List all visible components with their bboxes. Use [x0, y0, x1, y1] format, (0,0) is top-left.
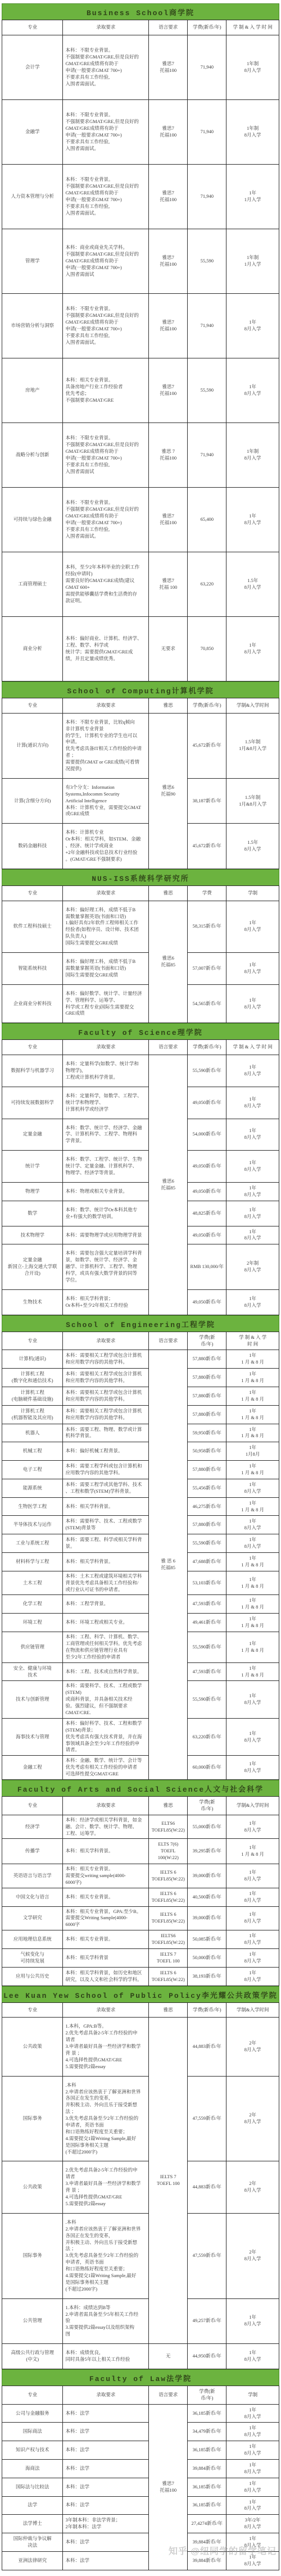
language-cell: ELTS 7(6) TOEFL 100(W:22) [149, 1839, 188, 1864]
column-header: 专业 [2, 1332, 63, 1350]
fee-cell: 63,220新币/年 [188, 1718, 226, 1755]
table-row: 计算机工程 (电脑硬件基础设施)本科：需要相关工程学或包含计算机 和应用数学内容… [2, 1387, 279, 1406]
duration-cell: 1年 8月入学 [226, 2441, 279, 2460]
table-row: 定量金融 新国立-上海交通大学联 合开设)本科：需要包含强大定量培训学科背 景，… [2, 1244, 279, 1289]
table-row: 公司与金融服务本科：法学雅思7 托福10036,185新币/年1年 8月入学 [2, 2404, 279, 2423]
duration-cell: 1年 8月入学 [226, 2551, 279, 2570]
duration-cell: 1年 8月入学 [226, 1864, 279, 1888]
duration-cell: 1年 1月8月 [226, 1442, 279, 1461]
table-row: 企业商业分析科技本科：偏好数学、统计学、计量经济 学、管理科学、运筹学、 科学或… [2, 984, 279, 1023]
major-cell: 中国文化与语言 [2, 1888, 63, 1906]
column-header: 雅思 [149, 698, 188, 713]
language-cell: 雅思7 托福 100 [149, 552, 188, 616]
requirements-cell: 本科：相关学科背景 [63, 1949, 149, 1968]
section-title: School of Computing计算机学院 [2, 682, 279, 698]
school-section: Faculty of Arts and Social Science人文与社会科… [2, 1780, 279, 1986]
requirements-cell: 本科：需要包含强大定量培训学科背 景，如数学、统计学、经济学、金 融学、计算机科… [63, 1244, 149, 1289]
table-row: 知识产权与技术本科：法学36,185新币/年1年 8月入学 [2, 2441, 279, 2460]
table-row: 机器人本科：需要工程、物理、数学或计算 机科学背景。59,950新币/年1年 1… [2, 1424, 279, 1442]
fee-cell: 47,688新币/年 [188, 1553, 226, 1571]
major-cell: 气候变化与 可持续发展 [2, 1949, 63, 1968]
column-header: 语言要求 [149, 1040, 188, 1055]
fee-cell: 27,4274新币/年 [188, 2515, 226, 2533]
requirements-cell: 本科：需要相关工程学或包含计算机 和应用数学内容的其他学科。 [63, 1387, 149, 1406]
table-row: 环境工程本科：环境工程或相关专业。49,461新币/年1年 1 月 & 8 月 [2, 1614, 279, 1632]
requirements-cell: 本科：法学 [63, 2404, 149, 2423]
requirements-cell: 本科：法学 [63, 2496, 149, 2515]
requirements-cell: 本科：不限专业背景。 不强制要求GMAT/GRE,但是良好的 GMAT/GRE成… [63, 35, 149, 99]
major-cell: 技术物理学 [2, 1226, 63, 1244]
table-row: 房地产本科：相关专业背景。 具备房地产行业工作经验者 优先考虑； 不强制要求GM… [2, 358, 279, 422]
duration-cell: 1年 8月入学 [226, 1534, 279, 1553]
table-body: 公共政策1.本科，GPA:B等。 2.优先考虑具备2-5年工作经验的申 请者 3… [2, 2018, 279, 2369]
duration-cell: 1年 1 月 & 8 月 [226, 1839, 279, 1864]
table-head: 专业录取要求语言要求学费(新 币/年)学制 [2, 2386, 279, 2404]
column-header: 录取要求 [63, 1332, 149, 1350]
duration-cell: 1年 8月入学 [226, 1516, 279, 1534]
major-cell: 英语语言与语言学 [2, 1864, 63, 1888]
duration-cell: 1年 8月入学 [226, 616, 279, 681]
major-cell: 定量金融 新国立-上海交通大学联 合开设) [2, 1244, 63, 1289]
fee-cell: 55,590新币/年 [188, 1055, 226, 1087]
header-row: 专业录取要求语言要求学费(新币/年)学 制 & 入 学 时 间 [2, 20, 279, 35]
duration-cell: 1年制 8月入学 [226, 35, 279, 99]
section-title: Faculty of Arts and Social Science人文与社会科… [2, 1780, 279, 1796]
column-header: 学费(新币/年) [188, 1040, 226, 1055]
column-header: 学 制 & 入 学 时 间 [226, 1332, 279, 1350]
language-cell: IELTS 6 TOEFL85(W:22) [149, 1906, 188, 1930]
table-body: 会计学本科：不限专业背景。 不强制要求GMAT/GRE,但是良好的 GMAT/G… [2, 35, 279, 681]
major-cell: 公共政策 [2, 2018, 63, 2076]
major-cell: 智能系统科技 [2, 953, 63, 985]
document-page: Business School商学院专业录取要求语言要求学费(新币/年)学 制 … [0, 0, 281, 2576]
requirements-cell: 本科：需要科学、技术、工程或数学 (STEM) 或商科背景，并具备相关技术经 验… [63, 1681, 149, 1718]
requirements-cell: 本科：偏好商业、计算机、经济学、 工程、数学、科学或 统计学；需要提供GMAT/… [63, 616, 149, 681]
column-header: 学费(新 币/年) [188, 1796, 226, 1815]
column-header: 专业 [2, 1796, 63, 1815]
column-header: 录取要求 [63, 2002, 149, 2018]
requirements-cell: 本科：不限专业背景。 不强制要求GMAT/GRE,但是良好的 GMAT/GRE成… [63, 422, 149, 487]
table-row: 材料科学与工程本科：相关学科背景。47,688新币/年1年 1 月 & 8 月 [2, 1553, 279, 1571]
column-header: 语言要求 [149, 20, 188, 35]
language-cell: 无要求 [149, 616, 188, 681]
requirements-cell: 本科：相关学科背景。 [63, 1497, 149, 1516]
fee-cell: 70,850 [188, 616, 226, 681]
requirements-cell: 本科：需要工程学或其他学科、技术 、工程和数学(STEM)学科背景。 [63, 1479, 149, 1497]
major-cell: 亚洲法律研究 [2, 2551, 63, 2570]
fee-cell: 54,565新币/年 [188, 984, 226, 1023]
column-header: 专业 [2, 20, 63, 35]
fee-cell: 47,559新币/年 [188, 2076, 226, 2161]
duration-cell: 1年 1 月 & 8 月 [226, 1369, 279, 1387]
requirements-cell: 2.优先考虑具备2-5年工作经验的申 请者 3.申请者最好具备一些经济学和数学 … [63, 2161, 149, 2213]
major-cell: 文学研究 [2, 1906, 63, 1930]
language-cell: IELTS 7 TOEFL 100 [149, 2018, 188, 2344]
duration-cell: 1年 8月入学 [226, 1182, 279, 1201]
table-row: 物理学本科：物理或相关专业背景。49,050新币/年1年 8月入学 [2, 1182, 279, 1201]
major-cell: 可持续与绿色金融 [2, 487, 63, 552]
duration-cell: 1年 1月入学 [226, 164, 279, 229]
table-row: 可持续与绿色金融本科：不限专业背景。 不强制要求GMAT/GRE,但是良好的 G… [2, 487, 279, 552]
requirements-cell: 本科：偏好科学、技术、工程和数学 (STEM)背景； 优先考虑具有强大技术背景，… [63, 1718, 149, 1755]
requirements-cell: 本科：偏好理工科，成绩不低于B 需数量掌握英语(书面和口语) 1.偏好具有2年软… [63, 901, 149, 952]
table-row: 计算机工程 (数字化和通信技术)本科：需要相关工程学或包含计算机 和应用数学内容… [2, 1369, 279, 1387]
requirements-cell: 本科：相关专业背景。 [63, 1930, 149, 1949]
fee-cell: 71,940 [188, 99, 226, 164]
column-header: 学制 [226, 885, 279, 901]
column-header: 录取要求 [63, 1040, 149, 1055]
duration-cell: 1.5年制 1月&8月入学 [226, 778, 279, 823]
table-row: 管理学本科：商业或商业先关学科。 不强制要求GMAT/GRE,但是良好的 GMA… [2, 229, 279, 293]
column-header: 语言要求 [149, 2386, 188, 2404]
major-cell: 机械工程 [2, 1442, 63, 1461]
table-head: 专业录取要求雅思学费(新币/年)学制&入学时间 [2, 2002, 279, 2018]
duration-cell: 1年 8月入学 [226, 1289, 279, 1315]
duration-cell: 1年 1 月 & 8 月 [226, 1387, 279, 1406]
requirements-cell: 本科：法学 [63, 2551, 149, 2570]
table-row: 数据科学与机器学习本科：定量科学(如数学、统计学和 物理学)， 工程或计算机科学… [2, 1055, 279, 1087]
major-cell: 数学 [2, 1201, 63, 1226]
table-row: 金融学本科：不限专业背景。 不强制要求GMAT/GRE,但是良好的 GMAT/G… [2, 99, 279, 164]
fee-cell: 55,456新币/年 [188, 1479, 226, 1497]
requirements-cell: 本科：物理或相关专业背景。 [63, 1182, 149, 1201]
table-row: 数学本科：数学、统计学Or本科其他专 业+有强大的数学培训。48,825新币/年… [2, 1201, 279, 1226]
table-row: 软件工程科技硕士本科：偏好理工科，成绩不低于B 需数量掌握英语(书面和口语) 1… [2, 901, 279, 952]
fee-cell: 63,220 [188, 552, 226, 616]
duration-cell: 1年 8月入学 [226, 1906, 279, 1930]
language-cell: IELTS 6 TOEFL85(W:22) [149, 1888, 188, 1906]
requirements-cell: 本科：数学、统计学Or本科其他专 业+有强大的数学培训。 [63, 1201, 149, 1226]
requirements-cell: 本科：数学、统计学、经济学、金融 学、计算机科学、工程学、物理科 学背景。 [63, 1119, 149, 1151]
requirements-cell: 本科：偏好理工科，成绩不低于B 需数量掌握英语(书面和口语) 国际生需要提交GR… [63, 953, 149, 985]
table-row: 半导体技术与运作本科：需要科学、技术、工程或数学 (STEM)背景等57,880… [2, 1516, 279, 1534]
fee-cell: 49,050新币/年 [188, 1226, 226, 1244]
requirements-cell: 本科：数学、工程学、统计学、生物 统计学、定量金融、计算机科学、 物理学、经济学… [63, 1151, 149, 1183]
requirements-cell: .本科 2.申请者应该热衷于了解亚洲和世界 各国正在发生的变革， 并积极主动、外… [63, 2213, 149, 2298]
duration-cell: 1年 1 月 & 8 月 [226, 1571, 279, 1595]
table-row: 商业分析本科：偏好商业、计算机、经济学、 工程、数学、科学或 统计学；需要提供G… [2, 616, 279, 681]
duration-cell: 1年 8月入学 [226, 953, 279, 985]
table-row: 计算机工程 (机器智能及其应用)本科：需要相关工程学或包含计算机 和应用数学内容… [2, 1405, 279, 1424]
major-cell: 供应链管理 [2, 1632, 63, 1663]
fee-cell: 53,103新币/年 [188, 1571, 226, 1595]
column-header: 录取要求 [63, 20, 149, 35]
duration-cell: 1年 8月入学 [226, 1888, 279, 1906]
column-header: 学费(新 币/年) [188, 1332, 226, 1350]
column-header: 专业 [2, 1040, 63, 1055]
fee-cell: 50,958新币/年 [188, 1442, 226, 1461]
column-header: 学费(新币/年) [188, 698, 226, 713]
program-table: 专业录取要求语言要求学费(新币/年)学 制 & 入 学 时 间数据科学与机器学习… [2, 1039, 279, 1315]
fee-cell: 36,185新币/年 [188, 2478, 226, 2496]
table-row: 国际事务.本科 2.申请者应该热衷于了解亚洲和世界 各国正在发生的变革， 并积极… [2, 2213, 279, 2298]
table-row: 公共政策2.优先考虑具备2-5年工作经验的申 请者 3.申请者最好具备一些经济学… [2, 2161, 279, 2213]
language-cell: IELTS 6 TOEFL85(W:22) [149, 1967, 188, 1986]
major-cell: 国际事务 [2, 2076, 63, 2161]
major-cell: 战略分析与创新 [2, 422, 63, 487]
school-section: School of Engineering工程学院专业录取要求语言要求学费(新 … [2, 1315, 279, 1780]
language-cell: 雅思7 托福100 [149, 229, 188, 293]
duration-cell: 1年 8月入学 [226, 901, 279, 952]
header-row: 专业录取要求雅思学费学制 [2, 885, 279, 901]
requirements-cell: 本科：工程、技术或自然科学背景。 [63, 1662, 149, 1681]
table-row: 统计学本科：数学、工程学、统计学、生物 统计学、定量金融、计算机科学、 物理学、… [2, 1151, 279, 1183]
requirements-cell: 本科：法学 [63, 2478, 149, 2496]
duration-cell: 1年 8月入学 [226, 2496, 279, 2515]
column-header: 学费(新币/年) [188, 2002, 226, 2018]
fee-cell: 44,950新币/年 [188, 2344, 226, 2369]
major-cell: 应用与公共历史 [2, 1967, 63, 1986]
requirements-cell: 本科：法学 [63, 2533, 149, 2552]
table-row: 应用与公共历史本科：相关学科背景，如历史和地区 研究，以及人文和社会科学的学科。… [2, 1967, 279, 1986]
fee-cell: 49,050新币/年 [188, 1182, 226, 1201]
fee-cell: 54,000新币/年 [188, 1119, 226, 1151]
major-cell: 企业商业分析科技 [2, 984, 63, 1023]
duration-cell: 3年/2年 8月入学 [226, 2515, 279, 2533]
program-table: 专业录取要求雅思学费(新币/年)学制&入学时间计算(通识方向)本科：不限专业背景… [2, 698, 279, 869]
duration-cell: 1年 8月入学 [226, 1201, 279, 1226]
major-cell: 环境工程 [2, 1614, 63, 1632]
header-row: 专业录取要求雅思学费(新 币/年)学制&入学时间 [2, 1796, 279, 1815]
requirements-cell: 本科：金融、数学、统计学、会计等 优先考虑有相关工作经验的申请者 可选择性提交G… [63, 1756, 149, 1780]
fee-cell: 44,883新币/年 [188, 2018, 226, 2076]
table-row: 国际事务.本科 2.申请者应该热衷于了解亚洲和世界 各国正在发生的变革， 并积极… [2, 2076, 279, 2161]
requirements-cell: 本科：相关专业背景。 需要提交writing sample(4000- 6000… [63, 1864, 149, 1888]
major-cell: 计算机工程 (机器智能及其应用) [2, 1405, 63, 1424]
major-cell: 法学 [2, 2496, 63, 2515]
table-row: 中国文化与语言本科：相关专业背景。IELTS 6 TOEFL85(W:22)40… [2, 1888, 279, 1906]
requirements-cell: 本科：需要物理学或应用物理学背景 [63, 1226, 149, 1244]
table-row: 文学研究本科：相关专业背景，GPA:至少B。 需要提交Writing Sampl… [2, 1906, 279, 1930]
table-row: 智能系统科技本科：偏好理工科，成绩不低于B 需数量掌握英语(书面和口语) 国际生… [2, 953, 279, 985]
requirements-cell: 本科：相关专业背景。 具备房地产行业工作经验者 优先考虑； 不强制要求GMAT/… [63, 358, 149, 422]
language-cell: 雅思6 托福85 [149, 1055, 188, 1315]
fee-cell: 57,880新币/年 [188, 1516, 226, 1534]
program-table: 专业录取要求雅思学费学制软件工程科技硕士本科：偏好理工科，成绩不低于B 需数量掌… [2, 885, 279, 1023]
fee-cell: 45,672新币/年 [188, 824, 226, 869]
major-cell: 国际法与比较法 [2, 2478, 63, 2496]
fee-cell: 49,257新币/年 [188, 2298, 226, 2343]
duration-cell: 1年 8月入学 [226, 1119, 279, 1151]
requirements-cell: 本科：偏好机械工程背景。 [63, 1442, 149, 1461]
fee-cell: 47,593新币/年 [188, 1662, 226, 1681]
fee-cell: 38,187新币/年 [188, 778, 226, 823]
school-section: Faculty of Science理学院专业录取要求语言要求学费(新币/年)学… [2, 1023, 279, 1315]
table-row: 英语语言与语言学本科：相关专业背景。 需要提交writing sample(40… [2, 1864, 279, 1888]
section-title: Lee Kuan Yew School of Public Policy李光耀公… [2, 1986, 279, 2002]
column-header: 雅思 [149, 885, 188, 901]
fee-cell: 60,000新币/年 [188, 1756, 226, 1780]
fee-cell: 39,000新币/年 [188, 1864, 226, 1888]
duration-cell: 1年 8月入学 [226, 1087, 279, 1119]
fee-cell: 71,940 [188, 35, 226, 99]
fee-cell: 44,883新币/年 [188, 2161, 226, 2213]
duration-cell: 1年 8月入学 [226, 2478, 279, 2496]
column-header: 录取要求 [63, 885, 149, 901]
table-row: 化学工程本科：工程学背景。47,593新币/年1年 1 月 & 8 月 [2, 1595, 279, 1614]
requirements-cell: 本科：相关专业背景，GPA:至少B。 需要提交Writing Sample(40… [63, 1906, 149, 1930]
duration-cell: 1.5年 8月入学 [226, 824, 279, 869]
major-cell: 经济学 [2, 1815, 63, 1839]
duration-cell: 1年 1 月 & 8 月 [226, 1405, 279, 1424]
table-row: 气候变化与 可持续发展本科：相关学科背景IELTS 7 TOEFL 10050,… [2, 1949, 279, 1968]
column-header: 录取要求 [63, 1796, 149, 1815]
table-row: 亚洲法律研究本科：法学39,884新币/年1年 8月入学 [2, 2551, 279, 2570]
fee-cell: 55,590 [188, 358, 226, 422]
section-title: Business School商学院 [2, 3, 279, 20]
table-row: 能源系统本科：需要工程学或其他学科、技术 、工程和数学(STEM)学科背景。55… [2, 1479, 279, 1497]
duration-cell: 1年 8月入学 [226, 1151, 279, 1183]
major-cell: 计算机(通识) [2, 1350, 63, 1369]
table-row: 生物医学工程本科：相关学科背景。46,275新币/年1年 1 月 & 8 月 [2, 1497, 279, 1516]
fee-cell: 39,884新币/年 [188, 2459, 226, 2478]
table-body: 计算(通识方向)本科：不限专业背景，比较q倾向 非计算机专业背景 的学生，计算机… [2, 713, 279, 869]
fee-cell: 47,559新币/年 [188, 2213, 226, 2298]
duration-cell: 1年 8月入学 [226, 2404, 279, 2423]
fee-cell: 40,500新币/年 [188, 1888, 226, 1906]
table-row: 公共管理1.本科：成绩达到B等 2.申请者需具备至少5年相关工作经 验 3.需要… [2, 2298, 279, 2343]
major-cell: 国际事务 [2, 2213, 63, 2298]
school-section: Business School商学院专业录取要求语言要求学费(新币/年)学 制 … [2, 3, 279, 682]
duration-cell: 1年 1 月 & 8 月 [226, 1350, 279, 1369]
column-header: 专业 [2, 2386, 63, 2404]
requirements-cell: 本科：需要相关工程学或包含计算机 和应用数学内容的其他学科。 [63, 1350, 149, 1369]
fee-cell: 50,085新币/年 [188, 1930, 226, 1949]
language-cell: 无 [149, 2344, 188, 2369]
language-cell: IELTS 6 TOEFL85(W:22) [149, 1864, 188, 1888]
table-row: 战略分析与创新本科：不限专业背景。 不强制要求GMAT/GRE,但是良好的 GM… [2, 422, 279, 487]
column-header: 专业 [2, 698, 63, 713]
duration-cell: 1年 8月入学 [226, 1226, 279, 1244]
fee-cell: 57,880新币/年 [188, 1369, 226, 1387]
requirements-cell: 本科，至少2年本科毕业的全职工作 经验(申请时) 需要良好的GMAT/GRE成绩… [63, 552, 149, 616]
school-section: NUS-ISS系统科学研究所专业录取要求雅思学费学制软件工程科技硕士本科：偏好理… [2, 869, 279, 1023]
language-cell: 雅思7 托福100 [149, 487, 188, 552]
duration-cell: 1年 8月入学 [226, 358, 279, 422]
duration-cell: 1年 1 月 & 8 月 [226, 1614, 279, 1632]
table-row: 公共政策1.本科，GPA:B等。 2.优先考虑具备2-5年工作经验的申 请者 3… [2, 2018, 279, 2076]
column-header: 语言要求 [149, 1332, 188, 1350]
column-header: 学费(新 币/年) [188, 2386, 226, 2404]
requirements-cell: 本科：偏好数学、统计学、计量经济 学、管理科学、运筹学、 科学或工程专业)国际生… [63, 984, 149, 1023]
major-cell: 生物医学工程 [2, 1497, 63, 1516]
fee-cell: 39,000新币/年 [188, 1906, 226, 1930]
requirements-cell: 本科：相关学科背景。 [63, 1839, 149, 1864]
table-row: 计算(含细分方向)有3个分支：Information Systems,Infoc… [2, 778, 279, 823]
table-body: 数据科学与机器学习本科：定量科学(如数学、统计学和 物理学)， 工程或计算机科学… [2, 1055, 279, 1315]
school-section: Lee Kuan Yew School of Public Policy李光耀公… [2, 1986, 279, 2369]
duration-cell: 1年 8月入学 [226, 1815, 279, 1839]
table-head: 专业录取要求语言要求学费(新币/年)学 制 & 入 学 时 间 [2, 1040, 279, 1055]
table-row: 海事技术与管理本科：偏好科学、技术、工程和数学 (STEM)背景； 优先考虑具有… [2, 1718, 279, 1755]
table-row: 国际商法本科：法学34,479新币/年1年 8月入学 [2, 2423, 279, 2441]
requirements-cell: 本科：相关专业背景。 [63, 1888, 149, 1906]
column-header: 学费(新币/年) [188, 20, 226, 35]
requirements-cell: 本科：需要工程、物理、数学或计算 机科学背景。 [63, 1424, 149, 1442]
table-row: 安全、健康与环境 技术本科：工程、技术或自然科学背景。47,593新币/年1年 … [2, 1662, 279, 1681]
duration-cell: 1年 8月入学 [226, 2459, 279, 2478]
duration-cell: 1.5年 8月入学 [226, 552, 279, 616]
major-cell: 人力资本管理与分析 [2, 164, 63, 229]
duration-cell: 1年 8月入学 [226, 1756, 279, 1780]
requirements-cell: 本科：相关学科背景，如历史和地区 研究，以及人文和社会科学的学科。 [63, 1967, 149, 1986]
requirements-cell: 本科：定量科学(如数学、统计学和 物理学)， 工程或计算机科学背景。 [63, 1055, 149, 1087]
column-header: 学 制 & 入 学 时 间 [226, 1040, 279, 1055]
fee-cell: 39,295新币/年 [188, 1839, 226, 1864]
major-cell: 工业与系统工程 [2, 1534, 63, 1553]
requirements-cell: 1.本科，GPA:B等。 2.优先考虑具备2-5年工作经验的申 请者 3.申请者… [63, 2018, 149, 2076]
header-row: 专业录取要求雅思学费(新币/年)学制&入学时间 [2, 2002, 279, 2018]
duration-cell: 1年 8月入学 [226, 1967, 279, 1986]
fee-cell: 48,825新币/年 [188, 1201, 226, 1226]
duration-cell: 1年制 8月入学 [226, 422, 279, 487]
major-cell: 法学博士 [2, 2515, 63, 2533]
major-cell: 安全、健康与环境 技术 [2, 1662, 63, 1681]
duration-cell: 1年 1 月 & 8 月 [226, 1632, 279, 1663]
language-cell: 雅思7 托福100 [149, 164, 188, 229]
table-row: 高级公共行政与管理 (中文)本科：成绩优良， 同时具备5年以上相关工作经验无44… [2, 2344, 279, 2369]
fee-cell: 57,880新币/年 [188, 1387, 226, 1406]
requirements-cell: 本科：需要相关工程学或包含计算机 和应用数学内容的其他学科。 [63, 1369, 149, 1387]
duration-cell: 2年 8月入学 [226, 2018, 279, 2076]
major-cell: 数码金融科技 [2, 824, 63, 869]
column-header: 专业 [2, 885, 63, 901]
fee-cell: 57,880新币/年 [188, 1405, 226, 1424]
column-header: 学制 [226, 2386, 279, 2404]
requirements-cell: 本科：需要工程学科或包含计算机和 应用数学内容的其他学科。 [63, 1461, 149, 1479]
requirements-cell: 本科：不限专业背景。 不强制要求GMAT/GRE,但是良好的 GMAT/GRE成… [63, 99, 149, 164]
fee-cell: 49,050新币/年 [188, 1087, 226, 1119]
major-cell: 会计学 [2, 35, 63, 99]
major-cell: 高级公共行政与管理 (中文) [2, 2344, 63, 2369]
requirements-cell: 本科：不限专业背景。 不强制要求GMAT/GRE,但是良好的 GMAT/GRE成… [63, 293, 149, 358]
language-cell: 雅 思 6 托福85 [149, 1350, 188, 1780]
fee-cell: 39,884新币/年 [188, 2533, 226, 2552]
section-title: NUS-ISS系统科学研究所 [2, 869, 279, 885]
column-header: 学制&入学时间 [226, 698, 279, 713]
requirements-cell: .本科 2.申请者应该热衷于了解亚洲和世界 各国正在发生的变革， 并积极主动、外… [63, 2076, 149, 2161]
language-cell: ELTS6 TOEFL85(W:22) [149, 1815, 188, 1839]
major-cell: 海商法 [2, 2459, 63, 2478]
fee-cell: 65,400 [188, 487, 226, 552]
fee-cell: 71,940 [188, 293, 226, 358]
table-body: 经济学本科：经济学或相关学科背景，如金 融、会计、数学、统计学、物理、 工程、运… [2, 1815, 279, 1986]
duration-cell: 1年制 1月入学 [226, 229, 279, 293]
requirements-cell: 本科：商业或商业先关学科。 不强制要求GMAT/GRE,但是良好的 GMAT/G… [63, 229, 149, 293]
duration-cell: 1年 8月入学 [226, 2298, 279, 2343]
major-cell: 化学工程 [2, 1595, 63, 1614]
requirements-cell: 本科：土木工程或建筑环境相关学科 背景优先考虑具备相关工作经验和/ 或行业认可证… [63, 1571, 149, 1595]
column-header: 学制&入学时间 [226, 1796, 279, 1815]
language-cell: 雅思7 托福100 [149, 2404, 188, 2570]
table-row: 法学博士3年制本科：非法学背景； 2年制本科：法学27,4274新币/年3年/2… [2, 2515, 279, 2533]
table-row: 生物技术本科：相关学科背景； Or本科+至少2年相关工作经验49,050新币/年… [2, 1289, 279, 1315]
requirements-cell: 本科：不限专业背景。 不强制要求GMAT/GRE,但是良好的 GMAT/GRE成… [63, 164, 149, 229]
column-header: 学费 [188, 885, 226, 901]
duration-cell: 1年 8月入学 [226, 1949, 279, 1968]
major-cell: 统计学 [2, 1151, 63, 1183]
column-header: 雅思 [149, 1796, 188, 1815]
table-row: 技术物理学本科：需要物理学或应用物理学背景49,050新币/年1年 8月入学 [2, 1226, 279, 1244]
major-cell: 计算机工程 (电脑硬件基础设施) [2, 1387, 63, 1406]
requirements-cell: 本科：不限专业背景。 不强制要求GMAT/GRE,但是良好的 GMAT/GRE成… [63, 487, 149, 552]
fee-cell: 45,672新币/年 [188, 713, 226, 778]
major-cell: 计算机工程 (数字化和通信技术) [2, 1369, 63, 1387]
major-cell: 物理学 [2, 1182, 63, 1201]
fee-cell: 49,461新币/年 [188, 1614, 226, 1632]
fee-cell: 55,000新币/年 [188, 1815, 226, 1839]
major-cell: 国际商法 [2, 2423, 63, 2441]
